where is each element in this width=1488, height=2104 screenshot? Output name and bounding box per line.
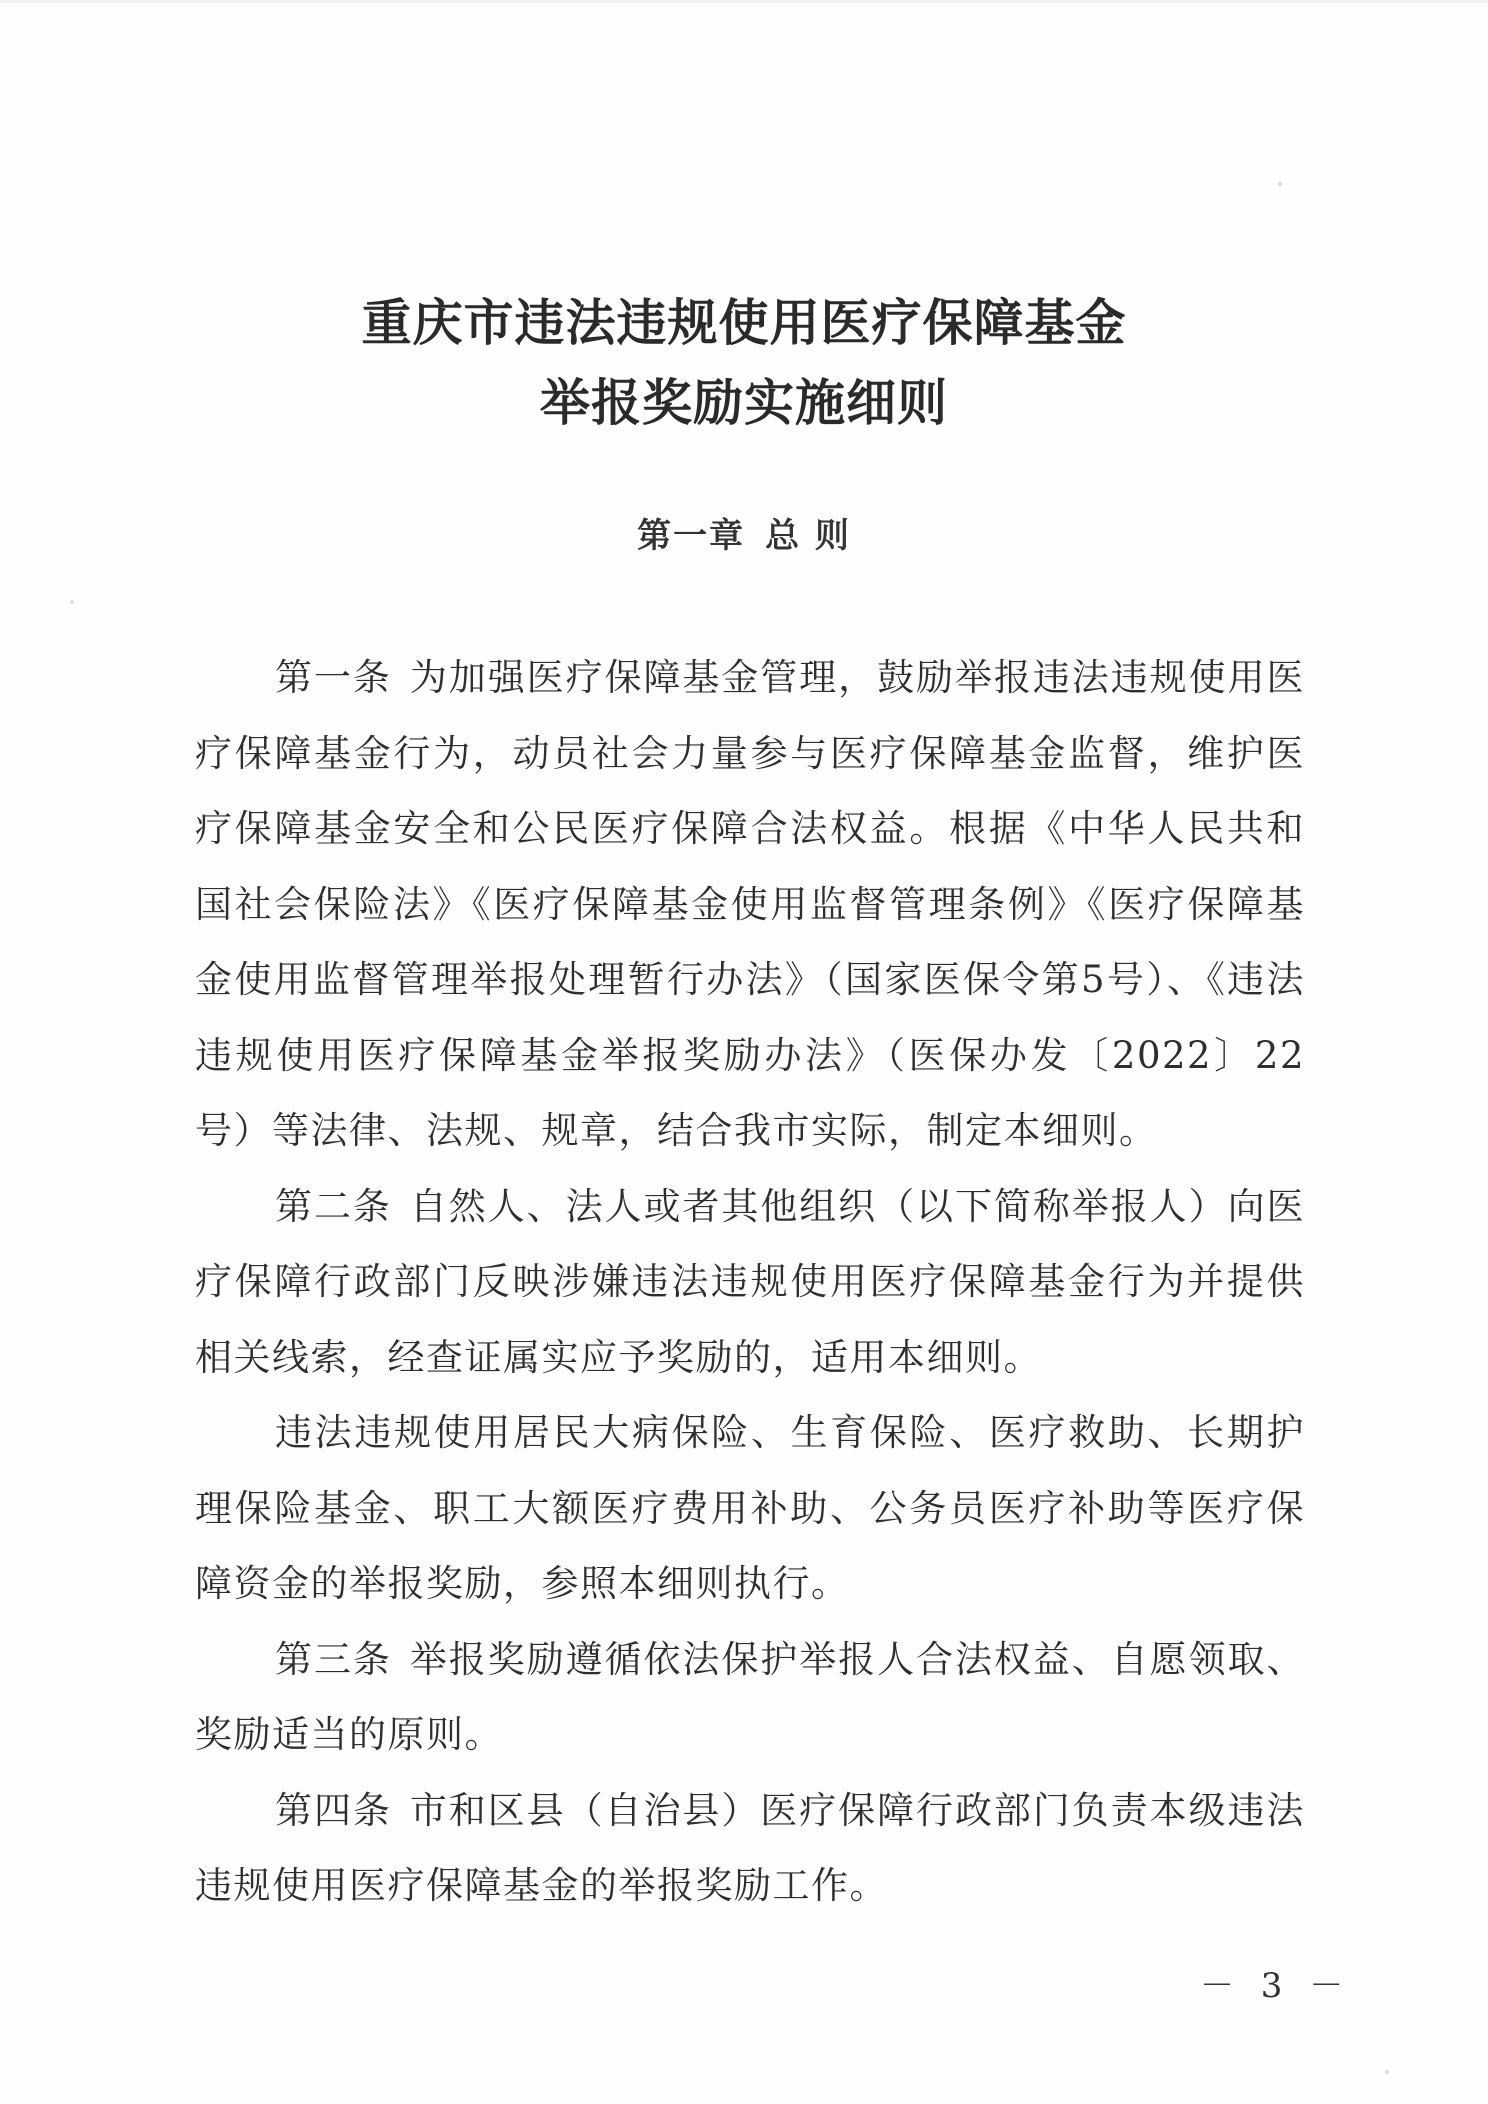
article-label: 第三条 bbox=[275, 1638, 392, 1681]
article-1-paragraph: 第一条为加强医疗保障基金管理，鼓励举报违法违规使用医疗保障基金行为，动员社会力量… bbox=[195, 640, 1305, 1169]
chapter-name: 总 则 bbox=[765, 516, 851, 556]
scan-speck bbox=[1385, 2070, 1389, 2074]
article-label: 第四条 bbox=[275, 1789, 392, 1832]
scan-speck bbox=[70, 600, 74, 604]
article-2-supplement-paragraph: 违法违规使用居民大病保险、生育保险、医疗救助、长期护理保险基金、职工大额医疗费用… bbox=[195, 1395, 1305, 1622]
scan-speck bbox=[1278, 182, 1282, 186]
page-top-edge bbox=[0, 0, 1488, 3]
document-title-line-1: 重庆市违法违规使用医疗保障基金 bbox=[0, 283, 1488, 355]
article-4-paragraph: 第四条市和区县（自治县）医疗保障行政部门负责本级违法违规使用医疗保障基金的举报奖… bbox=[195, 1773, 1305, 1924]
document-body: 第一条为加强医疗保障基金管理，鼓励举报违法违规使用医疗保障基金行为，动员社会力量… bbox=[195, 640, 1305, 1924]
article-text: 为加强医疗保障基金管理，鼓励举报违法违规使用医疗保障基金行为，动员社会力量参与医… bbox=[195, 656, 1305, 1152]
document-title-line-2: 举报奖励实施细则 bbox=[0, 363, 1488, 435]
article-3-paragraph: 第三条举报奖励遵循依法保护举报人合法权益、自愿领取、奖励适当的原则。 bbox=[195, 1622, 1305, 1773]
page-number: － 3 － bbox=[1200, 1958, 1351, 2007]
chapter-heading: 第一章总 则 bbox=[0, 508, 1488, 557]
article-2-paragraph: 第二条自然人、法人或者其他组织（以下简称举报人）向医疗保障行政部门反映涉嫌违法违… bbox=[195, 1169, 1305, 1396]
paragraph-text: 违法违规使用居民大病保险、生育保险、医疗救助、长期护理保险基金、职工大额医疗费用… bbox=[195, 1411, 1305, 1605]
article-label: 第二条 bbox=[275, 1185, 392, 1228]
chapter-number: 第一章 bbox=[637, 516, 745, 556]
article-label: 第一条 bbox=[275, 656, 392, 699]
document-page: 重庆市违法违规使用医疗保障基金 举报奖励实施细则 第一章总 则 第一条为加强医疗… bbox=[0, 0, 1488, 2104]
